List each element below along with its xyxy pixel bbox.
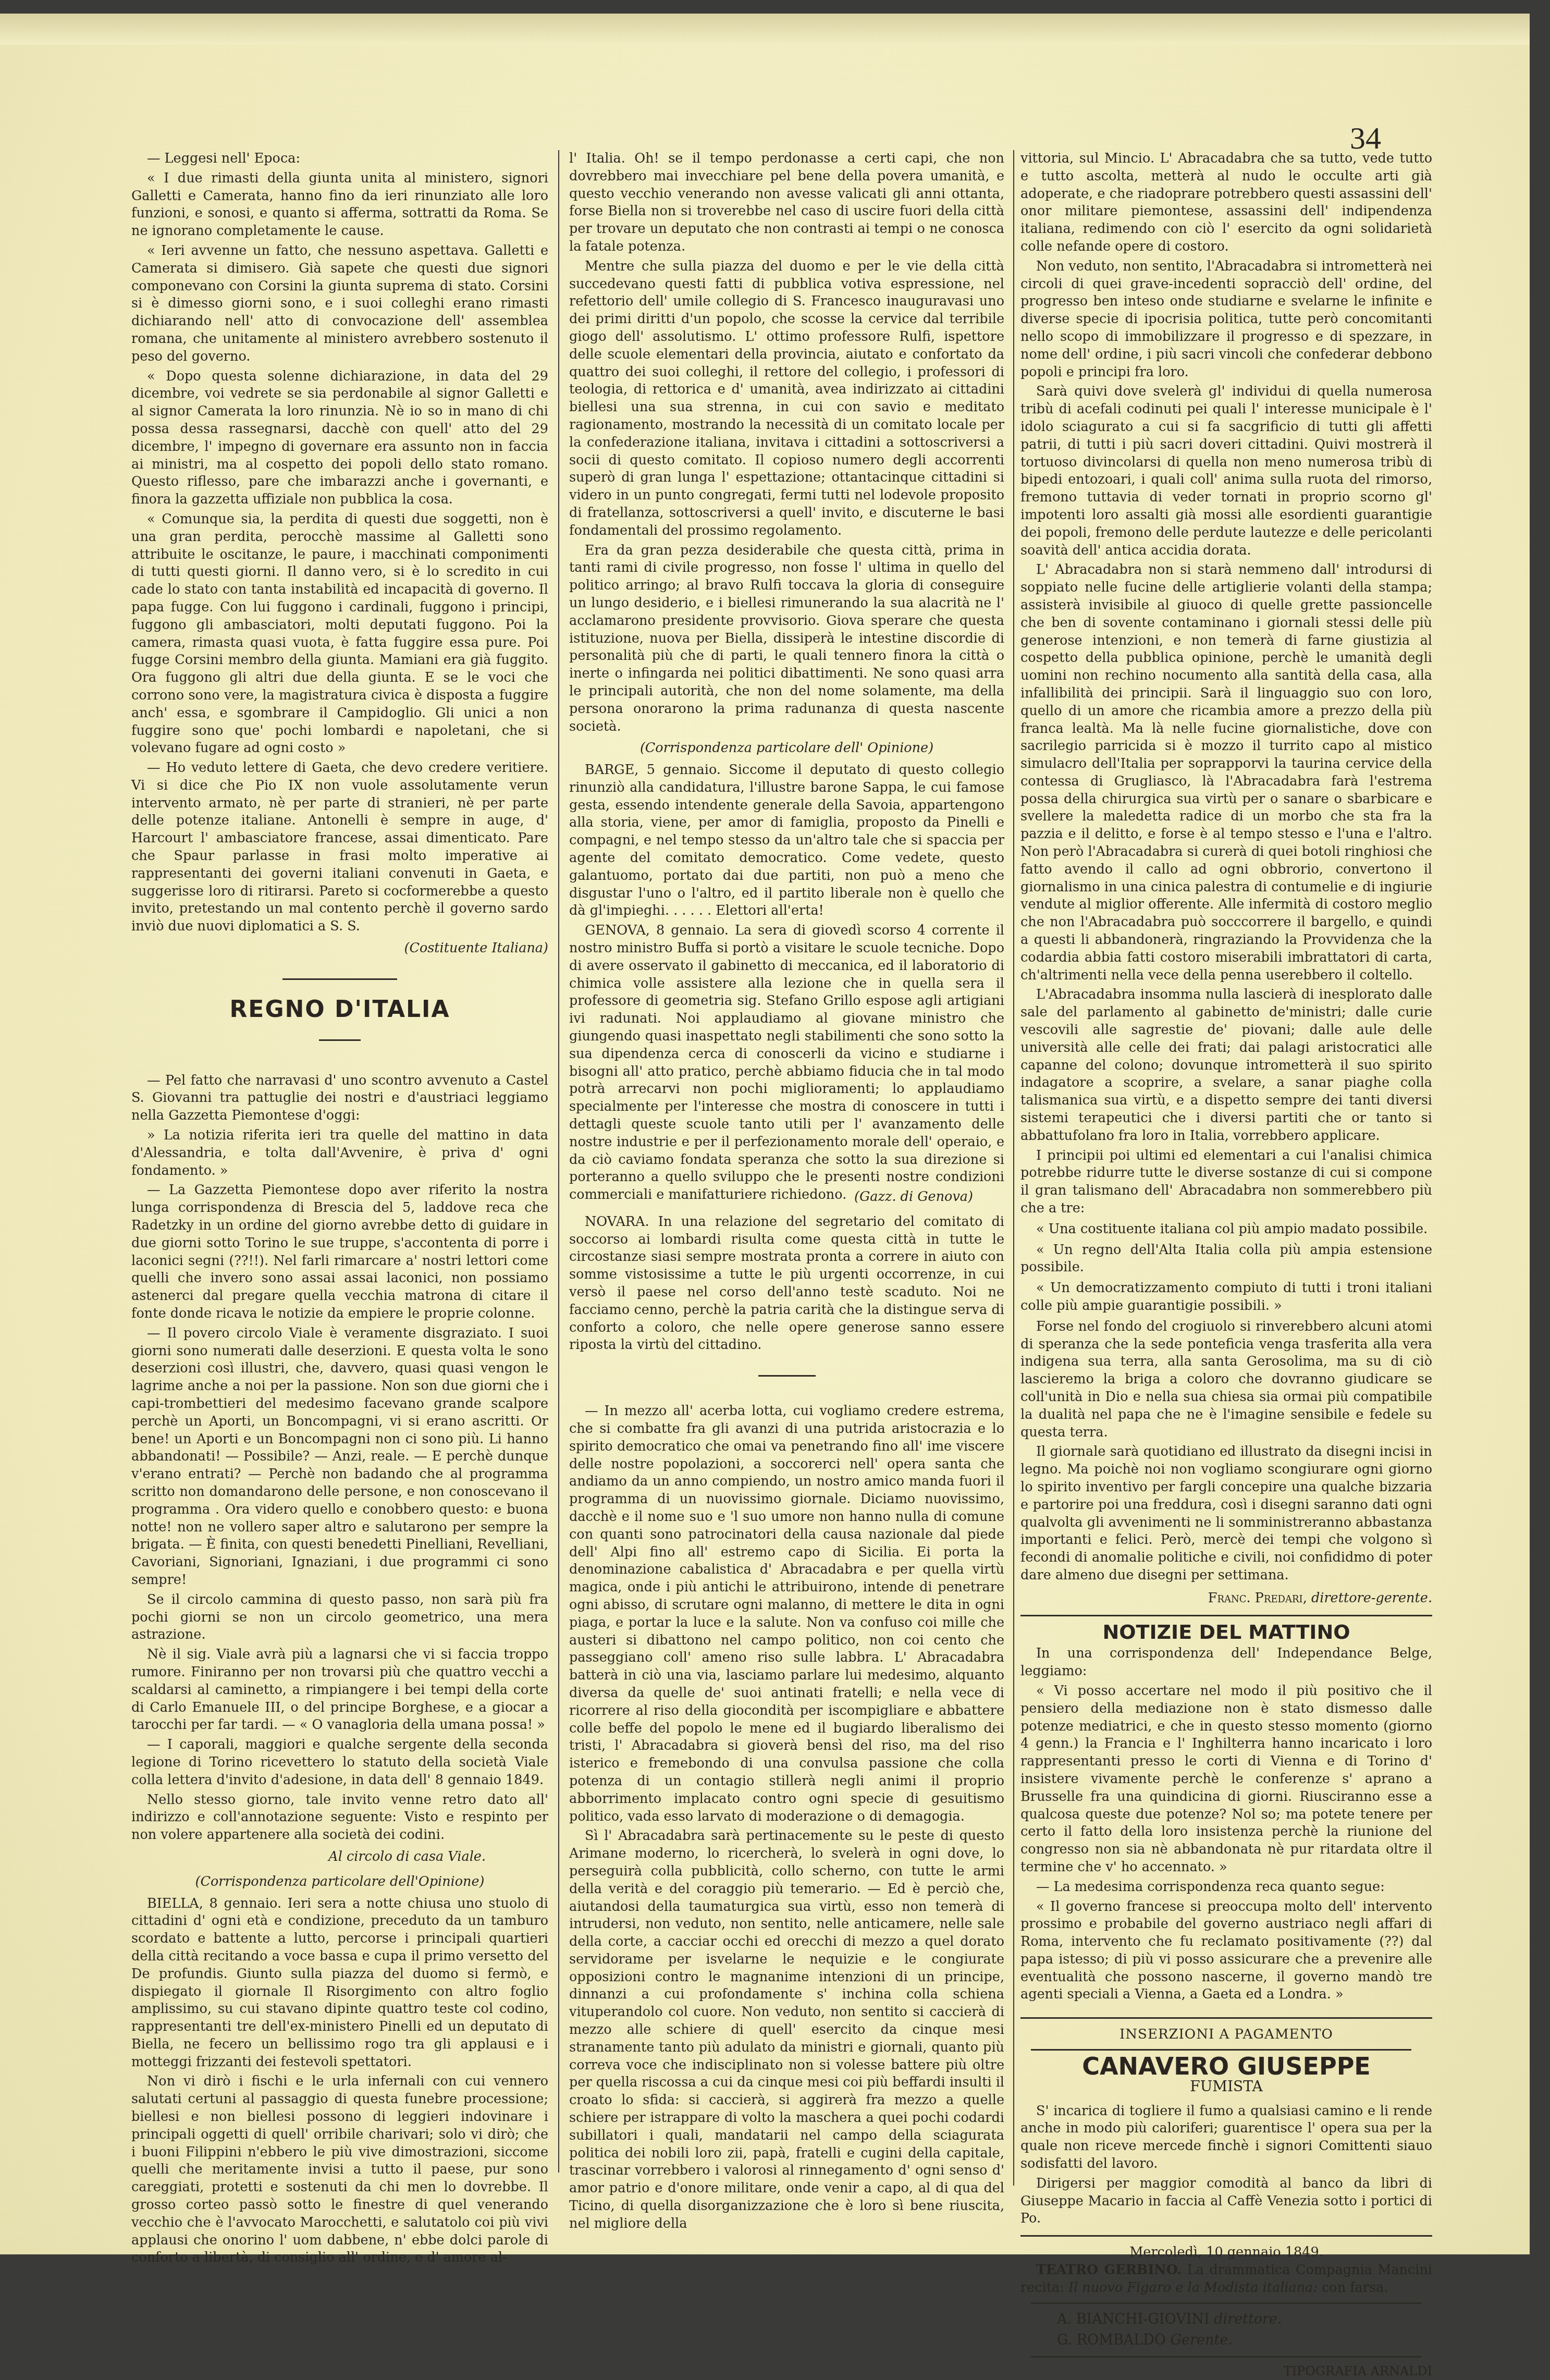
article-paragraph: L' Abracadabra non si starà nemmeno dall… bbox=[1020, 561, 1432, 984]
date-line: Mercoledì, 10 gennaio 1849. bbox=[1020, 2244, 1432, 2254]
article-paragraph: — Il povero circolo Viale è veramente di… bbox=[131, 1325, 548, 1589]
column-2: l' Italia. Oh! se il tempo perdonasse a … bbox=[569, 150, 1004, 2235]
article-quote: « Vi posso accertare nel modo il più pos… bbox=[1020, 1683, 1432, 1876]
article-paragraph: Sì l' Abracadabra sarà pertinacemente su… bbox=[569, 1827, 1004, 2232]
principle-item: « Un democratizzamento compiuto di tutti… bbox=[1020, 1280, 1432, 1315]
page-fold-edge bbox=[0, 14, 1530, 45]
section-title-regno-italia: REGNO D'ITALIA bbox=[131, 1001, 548, 1019]
ad-title: CANAVERO GIUSEPPE bbox=[1020, 2058, 1432, 2076]
article-paragraph: — Pel fatto che narravasi d' uno scontro… bbox=[131, 1072, 548, 1125]
newspaper-page: 34 — Leggesi nell' Epoca: « I due rimast… bbox=[0, 14, 1530, 2254]
divider-rule bbox=[1020, 2235, 1432, 2237]
article-paragraph: Mentre che sulla piazza del duomo e per … bbox=[569, 258, 1004, 540]
article-paragraph: Nè il sig. Viale avrà più a lagnarsi che… bbox=[131, 1646, 548, 1734]
column-1: — Leggesi nell' Epoca: « I due rimasti d… bbox=[131, 150, 548, 2254]
article-paragraph: Il giornale sarà quotidiano ed illustrat… bbox=[1020, 1443, 1432, 1584]
article-source: (Corrispondenza particolare dell' Opinio… bbox=[569, 740, 1004, 757]
ad-paragraph: S' incarica di togliere il fumo a qualsi… bbox=[1020, 2103, 1432, 2173]
article-paragraph: l' Italia. Oh! se il tempo perdonasse a … bbox=[569, 150, 1004, 256]
article-paragraph: « I due rimasti della giunta unita al mi… bbox=[131, 170, 548, 240]
article-paragraph: I principii poi ultimi ed elementari a c… bbox=[1020, 1147, 1432, 1218]
article-paragraph: Non vi dirò i fischi e le urla infernali… bbox=[131, 2073, 548, 2254]
principle-item: « Una costituente italiana col più ampio… bbox=[1020, 1221, 1432, 1238]
article-paragraph: NOVARA. In una relazione del segretario … bbox=[569, 1213, 1004, 1354]
letter-signoff: Al circolo di casa Viale. bbox=[131, 1848, 548, 1866]
article-paragraph: — La medesima corrispondenza reca quanto… bbox=[1020, 1879, 1432, 1896]
epoca-intro: — Leggesi nell' Epoca: bbox=[131, 150, 548, 168]
column-divider bbox=[558, 150, 559, 2173]
article-source: (Corrispondenza particolare dell'Opinion… bbox=[131, 1873, 548, 1891]
column-3: vittoria, sul Mincio. L' Abracadabra che… bbox=[1020, 150, 1432, 2254]
article-paragraph: BIELLA, 8 gennaio. Ieri sera a notte chi… bbox=[131, 1895, 548, 2071]
article-paragraph: L'Abracadabra insomma nulla lascierà di … bbox=[1020, 986, 1432, 1145]
column-divider bbox=[1013, 150, 1014, 2186]
article-paragraph: Nello stesso giorno, tale invito venne r… bbox=[131, 1792, 548, 1844]
article-paragraph: — La Gazzetta Piemontese dopo aver rifer… bbox=[131, 1182, 548, 1322]
article-paragraph: — I caporali, maggiori e qualche sergent… bbox=[131, 1736, 548, 1789]
divider-rule bbox=[282, 978, 397, 980]
article-quote: » La notizia riferita ieri tra quelle de… bbox=[131, 1127, 548, 1180]
paid-insertions-label: INSERZIONI A PAGAMENTO bbox=[1020, 2026, 1432, 2044]
ad-paragraph: Dirigersi per maggior comodità al banco … bbox=[1020, 2175, 1432, 2228]
article-paragraph: « Ieri avvenne un fatto, che nessuno asp… bbox=[131, 242, 548, 366]
article-paragraph: « Dopo questa solenne dichiarazione, in … bbox=[131, 368, 548, 509]
article-paragraph: BARGE, 5 gennaio. Siccome il deputato di… bbox=[569, 762, 1004, 920]
principle-item: « Un regno dell'Alta Italia colla più am… bbox=[1020, 1242, 1432, 1277]
article-paragraph: Se il circolo cammina di questo passo, n… bbox=[131, 1591, 548, 1644]
article-paragraph: Forse nel fondo del crogiuolo si rinvere… bbox=[1020, 1318, 1432, 1442]
signature-role: direttore-gerente. bbox=[1311, 1590, 1432, 1606]
signature: Franc. Predari, direttore-gerente. bbox=[1020, 1590, 1432, 1608]
article-paragraph: Sarà quivi dove svelerà gl' individui di… bbox=[1020, 383, 1432, 559]
divider-rule bbox=[1020, 1615, 1432, 1616]
divider-rule bbox=[319, 1039, 361, 1041]
article-paragraph: — Ho veduto lettere di Gaeta, che devo c… bbox=[131, 759, 548, 936]
article-paragraph: — In mezzo all' acerba lotta, cui voglia… bbox=[569, 1403, 1004, 1825]
divider-rule bbox=[1020, 2017, 1432, 2019]
article-source: (Costituente Italiana) bbox=[131, 940, 548, 958]
article-paragraph: « Comunque sia, la perdita di questi due… bbox=[131, 511, 548, 757]
article-paragraph: vittoria, sul Mincio. L' Abracadabra che… bbox=[1020, 150, 1432, 256]
article-paragraph: Era da gran pezza desiderabile che quest… bbox=[569, 542, 1004, 736]
article-paragraph: Non veduto, non sentito, l'Abracadabra s… bbox=[1020, 258, 1432, 382]
article-paragraph: In una corrispondenza dell' Independance… bbox=[1020, 1645, 1432, 1680]
divider-rule bbox=[758, 1375, 816, 1377]
article-paragraph: GENOVA, 8 gennaio. La sera di giovedì sc… bbox=[569, 922, 1004, 1204]
divider-rule bbox=[1031, 2049, 1411, 2051]
signature-name: Franc. Predari, bbox=[1208, 1590, 1307, 1606]
article-quote: « Il governo francese si preoccupa molto… bbox=[1020, 1898, 1432, 2004]
section-title-notizie: NOTIZIE DEL MATTINO bbox=[1020, 1624, 1432, 1641]
